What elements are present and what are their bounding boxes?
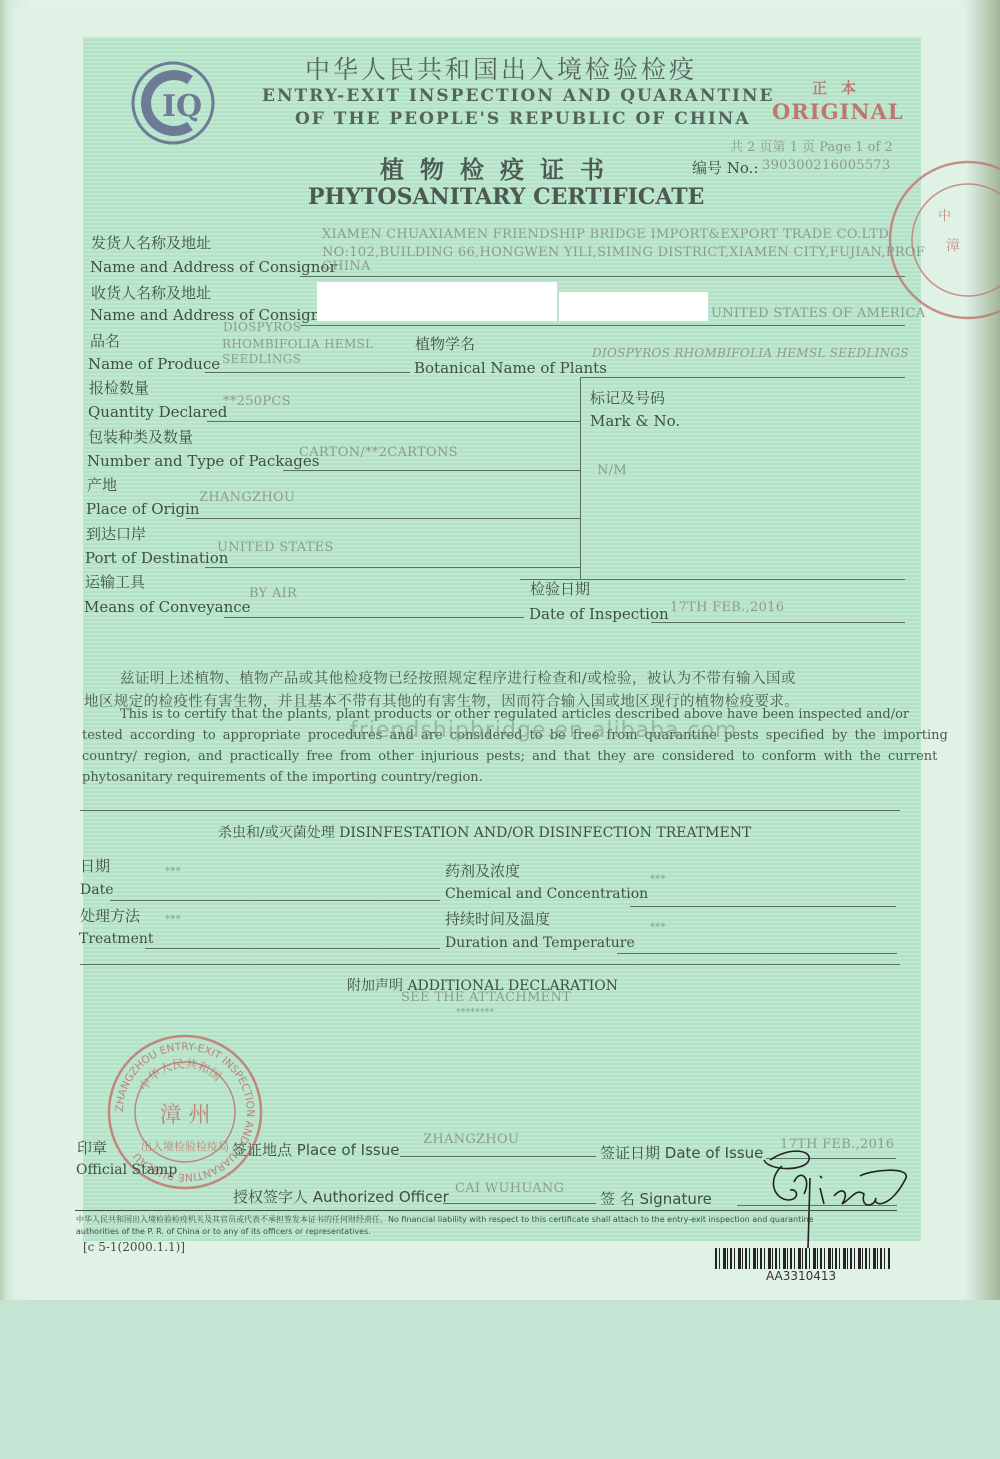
signature-icon <box>760 1148 910 1248</box>
consignor-label: Name and Address of Consignor <box>90 258 337 276</box>
page-info: 共 2 页第 1 页 Page 1 of 2 <box>730 136 893 155</box>
svg-text:出入境检验检疫局: 出入境检验检疫局 <box>141 1139 229 1153</box>
mark-value: N/M <box>597 463 627 478</box>
inspection-date-underline <box>651 622 905 623</box>
authorized-officer-underline <box>443 1203 596 1204</box>
inspection-date-value: 17TH FEB.,2016 <box>670 600 784 615</box>
watermark: friendshipbridge.en.alibaba.com <box>350 718 737 743</box>
place-of-issue-underline <box>400 1156 596 1157</box>
quantity-label-cn: 报检数量 <box>89 377 149 398</box>
duration-label: Duration and Temperature <box>445 935 635 951</box>
additional-declaration-stars: ******** <box>456 1008 494 1018</box>
consignee-underline <box>300 325 905 326</box>
botanical-label: Botanical Name of Plants <box>414 359 607 377</box>
treatment-method-underline <box>145 948 440 949</box>
chemical-underline <box>630 906 896 907</box>
additional-top-rule <box>80 964 900 965</box>
disclaimer-line-1: 中华人民共和国出入境检验检疫机关及其官员或代表不承担签发本证书的任何财经责任。N… <box>76 1214 813 1225</box>
conveyance-underline <box>224 617 524 618</box>
quantity-label: Quantity Declared <box>88 403 227 421</box>
form-code: [c 5-1(2000.1.1)] <box>83 1240 185 1254</box>
botanical-value: DIOSPYROS RHOMBIFOLIA HEMSL SEEDLINGS <box>592 346 909 360</box>
svg-text:中: 中 <box>938 208 951 224</box>
certificate-number: 390300216005573 <box>762 158 891 173</box>
packages-underline <box>283 470 580 471</box>
conveyance-label: Means of Conveyance <box>84 598 251 616</box>
authorized-officer-value: CAI WUHUANG <box>455 1181 564 1196</box>
conveyance-label-cn: 运输工具 <box>85 571 145 592</box>
redacted-consignee-name <box>317 282 557 321</box>
certification-en-3: country/ region, and practically free fr… <box>82 749 937 764</box>
consignor-value-line-2: NO:102,BUILDING 66,HONGWEN YILI,SIMING D… <box>322 245 925 260</box>
ciq-logo-icon: IQ <box>128 58 218 148</box>
conveyance-value: BY AIR <box>249 586 297 601</box>
consignor-label-cn: 发货人名称及地址 <box>91 232 211 253</box>
authority-title-cn: 中华人民共和国出入境检验检疫 <box>305 50 697 86</box>
packages-value: CARTON/**2CARTONS <box>299 445 458 460</box>
stamp-label: Official Stamp <box>76 1162 177 1178</box>
consignor-value-line-1: XIAMEN CHUAXIAMEN FRIENDSHIP BRIDGE IMPO… <box>322 227 889 242</box>
origin-label-cn: 产地 <box>87 474 117 495</box>
redacted-consignee-address <box>559 292 708 321</box>
treatment-heading: 杀虫和/或灭菌处理 DISINFESTATION AND/OR DISINFEC… <box>218 822 751 842</box>
destination-value: UNITED STATES <box>217 540 334 555</box>
origin-underline <box>186 518 580 519</box>
original-mark: ORIGINAL <box>772 99 904 124</box>
treatment-method-label-cn: 处理方法 <box>80 905 140 926</box>
document-title-cn: 植物检疫证书 <box>380 150 620 185</box>
disclaimer-line-2: authorities of the P. R. of China or to … <box>76 1227 371 1236</box>
consignor-underline <box>300 276 905 277</box>
certification-cn-1: 兹证明上述植物、植物产品或其他检疫物已经按照规定程序进行检查和/或检验，被认为不… <box>120 667 796 688</box>
svg-text:IQ: IQ <box>162 89 202 124</box>
certificate-number-label: 编号 No.: <box>692 157 758 178</box>
inspection-date-label: Date of Inspection <box>529 605 669 623</box>
duration-label-cn: 持续时间及温度 <box>445 908 550 929</box>
original-mark-cn: 正本 <box>812 77 870 98</box>
destination-label: Port of Destination <box>85 549 228 567</box>
produce-label-cn: 品名 <box>90 330 120 351</box>
destination-label-cn: 到达口岸 <box>86 523 146 544</box>
chemical-value: *** <box>650 874 666 885</box>
duration-underline <box>617 953 897 954</box>
additional-declaration-value: SEE THE ATTACHMENT <box>401 990 571 1005</box>
treatment-date-label: Date <box>80 882 113 898</box>
chemical-label-cn: 药剂及浓度 <box>445 860 520 881</box>
packages-label: Number and Type of Packages <box>87 452 319 470</box>
treatment-date-underline <box>110 900 440 901</box>
botanical-label-cn: 植物学名 <box>415 333 475 354</box>
consignor-value-line-3: CHINA <box>322 259 371 274</box>
signature-label: 签 名 Signature <box>600 1188 712 1209</box>
treatment-date-label-cn: 日期 <box>80 855 110 876</box>
inspection-date-label-cn: 检验日期 <box>530 578 590 599</box>
destination-underline <box>205 567 580 568</box>
authorized-officer-label: 授权签字人 Authorized Officer <box>233 1186 449 1207</box>
botanical-underline <box>580 377 905 378</box>
packages-label-cn: 包装种类及数量 <box>88 426 193 447</box>
mark-label: Mark & No. <box>590 412 680 430</box>
mark-box-divider <box>580 377 581 580</box>
produce-underline <box>205 372 410 373</box>
place-of-issue-label: 签证地点 Place of Issue <box>232 1139 399 1160</box>
disclaimer-rule <box>75 1210 897 1211</box>
produce-value-line-2: RHOMBIFOLIA HEMSL <box>222 337 373 351</box>
document-title: PHYTOSANITARY CERTIFICATE <box>308 184 704 210</box>
right-edge-stamp-icon: 中 漳 <box>888 150 968 330</box>
quantity-underline <box>207 421 580 422</box>
barcode-number: AA3310413 <box>766 1269 836 1283</box>
svg-text:漳: 漳 <box>946 238 960 254</box>
stamp-label-cn: 印章 <box>77 1137 107 1158</box>
treatment-date-value: *** <box>165 866 181 877</box>
date-of-issue-label: 签证日期 Date of Issue <box>600 1142 763 1163</box>
quantity-value: **250PCS <box>223 394 291 409</box>
treatment-method-value: *** <box>165 914 181 925</box>
origin-value: ZHANGZHOU <box>199 490 295 505</box>
produce-value-line-1: DIOSPYROS <box>223 320 301 334</box>
produce-label: Name of Produce <box>88 355 220 373</box>
consignee-label-cn: 收货人名称及地址 <box>91 282 211 303</box>
treatment-top-rule <box>80 810 900 811</box>
authority-title-en-1: ENTRY-EXIT INSPECTION AND QUARANTINE <box>262 86 774 106</box>
authority-title-en-2: OF THE PEOPLE'S REPUBLIC OF CHINA <box>295 109 751 129</box>
place-of-issue-value: ZHANGZHOU <box>423 1132 519 1147</box>
origin-label: Place of Origin <box>86 500 200 518</box>
duration-value: *** <box>650 922 666 933</box>
chemical-label: Chemical and Concentration <box>445 886 648 902</box>
treatment-method-label: Treatment <box>79 931 154 947</box>
svg-text:漳 州: 漳 州 <box>160 1103 211 1128</box>
barcode <box>715 1248 890 1269</box>
certification-en-4: phytosanitary requirements of the import… <box>82 770 483 785</box>
produce-value-line-3: SEEDLINGS <box>222 352 301 366</box>
mark-label-cn: 标记及号码 <box>590 387 665 408</box>
